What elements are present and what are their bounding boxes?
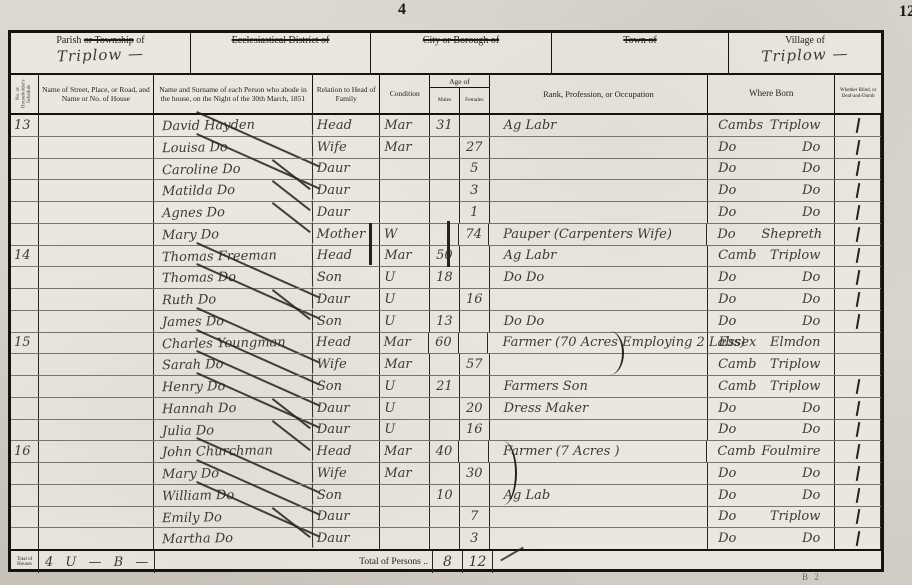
age-male: 31 [430,115,460,136]
age-female: 20 [460,398,490,419]
age-male: 10 [430,485,460,506]
total-houses-label: Total of Houses [11,551,39,573]
where-born-place: Do [802,162,820,175]
occupation: Farmer (7 Acres ) [489,441,707,462]
relation-to-head: Wife [313,354,381,375]
age-female: 3 [460,528,490,549]
street-cell [39,137,154,158]
parish-cell: Parish or Township of Triplow — [11,33,191,73]
where-born-place: Do [802,293,820,306]
street-cell [39,485,154,506]
schedule-number: 16 [11,441,39,462]
tally-tick-icon [855,466,860,481]
schedule-number [11,180,39,201]
schedule-number [11,528,39,549]
street-cell [39,246,154,267]
relation-to-head: Head [312,333,379,354]
where-born-place: Foulmire [761,445,820,458]
parish-handwritten-value: Triplow — [11,43,191,67]
relation-to-head: Son [313,311,381,332]
where-born-place: Do [802,206,820,219]
tally-tick-icon [855,118,860,133]
age-male [430,463,460,484]
table-row: Henry Do Son U 21 Farmers Son Camb Tripl… [11,376,881,398]
schedule-number [11,289,39,310]
age-male [430,137,460,158]
tally-tick-icon [855,205,860,220]
table-row: 14 Thomas Freeman Head Mar 50 Ag Labr Ca… [11,246,881,268]
tally-tick-icon [855,183,860,198]
table-body: 13 David Hayden Head Mar 31 Ag Labr Camb… [11,115,881,549]
ecclesiastical-district-cell: Ecclesiastical District of [191,33,371,73]
where-born-place: Triplow [770,380,820,393]
census-scan-page: { "page": { "top_number": "4", "corner_n… [0,0,912,585]
occupation [490,507,708,528]
table-row: James Do Son U 13 Do Do Do Do [11,311,881,333]
where-born-place: Shepreth [761,228,822,241]
blind-deaf-cell [835,224,881,245]
blind-deaf-cell [835,202,881,223]
occupation [490,289,708,310]
totals-row: Total of Houses 4 U — B — Total of Perso… [11,549,881,573]
page-number-top: 4 [398,1,406,19]
pen-stroke-icon [369,223,372,265]
where-born: Camb Triplow [708,246,835,267]
table-row: Martha Do Daur 3 Do Do [11,528,881,549]
tally-tick-icon [855,444,860,459]
table-row: William Do Son 10 Ag Lab Do Do [11,485,881,507]
where-born-place: Do [802,532,820,545]
person-name: Henry Do [154,375,313,399]
village-label: Village of [785,35,825,46]
occupation: Dress Maker [490,398,708,419]
age-male [430,420,460,441]
where-born-county: Cambs [718,119,763,132]
where-born-county: Do [718,141,762,154]
street-cell [39,354,154,375]
street-cell [39,289,154,310]
age-male [430,528,460,549]
table-row: Caroline Do Daur 5 Do Do [11,159,881,181]
age-female [460,485,490,506]
relation-to-head: Daur [313,289,381,310]
occupation [490,137,708,158]
col-header-schedule: No. of Householder's Schedule [11,75,39,113]
age-female [460,376,490,397]
blind-deaf-cell [835,354,881,375]
relation-to-head: Daur [313,528,381,549]
where-born-county: Do [718,162,762,175]
condition [380,485,430,506]
age-female: 16 [460,420,490,441]
age-male [430,224,460,245]
blind-deaf-cell [835,267,881,288]
table-row: Hannah Do Daur U 20 Dress Maker Do Do [11,398,881,420]
col-header-condition: Condition [380,75,430,113]
table-row: Matilda Do Daur 3 Do Do [11,180,881,202]
column-header-row: No. of Householder's Schedule Name of St… [11,75,881,115]
age-male [430,507,460,528]
where-born-county: Do [718,467,762,480]
tally-tick-icon [855,531,860,546]
where-born-county: Do [718,206,762,219]
where-born: Do Do [708,180,835,201]
parish-label-pre: Parish [56,35,84,46]
where-born-county: Camb [718,380,762,393]
person-name: Hannah Do [154,396,313,420]
where-born-place: Do [802,467,820,480]
blind-deaf-cell [835,441,881,462]
census-form: Parish or Township of Triplow — Ecclesia… [8,30,884,572]
town-label: Town of [623,35,656,46]
occupation: Do Do [490,311,708,332]
title-band: Parish or Township of Triplow — Ecclesia… [11,33,881,75]
where-born-place: Triplow [770,358,820,371]
relation-to-head: Son [313,376,381,397]
person-name: Emily Do [154,505,313,529]
street-cell [39,202,154,223]
where-born-county: Essex [718,336,762,349]
age-female: 16 [460,289,490,310]
street-cell [39,224,154,245]
relation-to-head: Wife [313,137,381,158]
blind-deaf-cell [835,159,881,180]
village-handwritten-value: Triplow — [729,43,882,66]
occupation [490,463,708,484]
tally-tick-icon [855,161,860,176]
where-born: Camb Triplow [708,376,835,397]
where-born-place: Triplow [770,249,820,262]
where-born-county: Do [718,402,762,415]
where-born-county: Do [718,532,762,545]
where-born: Do Triplow [708,507,835,528]
where-born-county: Do [718,423,762,436]
age-male [430,159,460,180]
where-born: Do Do [708,420,835,441]
where-born-county: Do [718,184,762,197]
street-cell [39,333,154,354]
tally-tick-icon [855,140,860,155]
age-male [430,180,460,201]
col-header-whether-blind: Whether Blind, or Deaf-and-Dumb [835,75,881,113]
tally-tick-icon [855,401,860,416]
tally-tick-icon [855,509,860,524]
where-born-county: Do [718,271,762,284]
occupation: Ag Labr [490,246,708,267]
age-female [459,441,489,462]
totals-row-blank [493,551,881,573]
town-cell: Town of [552,33,729,73]
col-header-street: Name of Street, Place, or Road, and Name… [39,75,154,113]
where-born-place: Do [802,141,820,154]
where-born-county: Do [717,228,761,241]
person-name: John Churchman [154,440,313,464]
pen-stroke-icon [596,331,624,375]
age-female: 27 [460,137,490,158]
relation-to-head: Son [313,267,381,288]
age-female [460,246,490,267]
age-female: 1 [460,202,490,223]
where-born-county: Do [718,293,762,306]
where-born: Do Do [708,485,835,506]
tally-tick-icon [855,488,860,503]
condition: U [380,376,430,397]
blind-deaf-cell [835,507,881,528]
relation-to-head: Daur [313,398,381,419]
age-female: 57 [460,354,490,375]
total-persons-label: Total of Persons .. [155,551,433,573]
blind-deaf-cell [835,398,881,419]
blind-deaf-cell [835,420,881,441]
relation-to-head: Daur [313,202,381,223]
blind-deaf-cell [835,311,881,332]
street-cell [39,267,154,288]
blind-deaf-cell [835,485,881,506]
page-number-corner: 12 [899,3,912,21]
street-cell [39,528,154,549]
where-born-place: Do [802,402,820,415]
printers-mark: B 2 [802,572,821,582]
condition: Mar [380,246,430,267]
schedule-number [11,485,39,506]
condition [380,202,430,223]
person-name: Sarah Do [154,353,313,377]
where-born-county: Camb [718,358,762,371]
schedule-number: 14 [11,246,39,267]
schedule-number [11,398,39,419]
where-born-place: Triplow [770,119,820,132]
occupation: Ag Labr [490,115,708,136]
blind-deaf-cell [835,528,881,549]
where-born-place: Do [802,271,820,284]
city-borough-label: City or Borough of [423,35,499,46]
condition: U [380,289,430,310]
schedule-number [11,267,39,288]
condition [380,159,430,180]
schedule-number [11,354,39,375]
schedule-number [11,224,39,245]
age-female [459,333,489,354]
condition: Mar [380,137,430,158]
condition: Mar [380,115,430,136]
condition [380,507,430,528]
person-name: Louisa Do [154,135,313,159]
street-cell [39,115,154,136]
street-cell [39,507,154,528]
tally-tick-icon [855,248,860,263]
age-male [430,398,460,419]
age-female [460,115,490,136]
age-female [460,311,490,332]
where-born: Do Do [708,202,835,223]
tally-tick-icon [855,379,860,394]
table-row: Mary Do Mother W 74 Pauper (Carpenters W… [11,224,881,246]
relation-to-head: Head [313,115,381,136]
person-name: James Do [154,309,313,333]
where-born: Do Do [708,528,835,549]
age-male: 13 [430,311,460,332]
age-female: 30 [460,463,490,484]
table-row: Mary Do Wife Mar 30 Do Do [11,463,881,485]
condition: Mar [380,354,430,375]
age-male [430,202,460,223]
schedule-number [11,463,39,484]
tally-tick-icon [855,270,860,285]
where-born: Camb Foulmire [707,441,835,462]
relation-to-head: Son [313,485,381,506]
tally-tick-icon [855,227,860,242]
schedule-number: 13 [11,115,39,136]
table-row: Sarah Do Wife Mar 57 Camb Triplow [11,354,881,376]
table-row: 13 David Hayden Head Mar 31 Ag Labr Camb… [11,115,881,137]
where-born: Do Do [708,463,835,484]
age-female: 3 [460,180,490,201]
relation-to-head: Daur [313,159,381,180]
where-born: Do Do [708,289,835,310]
person-name: Mary Do [154,222,313,246]
tally-tick-icon [855,314,860,329]
city-borough-cell: City or Borough of [371,33,552,73]
where-born-county: Camb [717,445,761,458]
condition: Mar [380,463,430,484]
condition: Mar [380,333,430,354]
age-of-label: Age of [430,75,489,88]
occupation: Pauper (Carpenters Wife) [489,224,707,245]
condition: U [380,267,430,288]
blind-deaf-cell [835,137,881,158]
person-name: Matilda Do [154,179,313,203]
table-row: Julia Do Daur U 16 Do Do [11,420,881,442]
relation-to-head: Head [313,441,380,462]
street-cell [39,159,154,180]
where-born-place: Do [802,184,820,197]
table-row: Louisa Do Wife Mar 27 Do Do [11,137,881,159]
person-name: Ruth Do [154,288,313,312]
age-females-label: Females [460,88,489,113]
blind-deaf-cell [835,246,881,267]
where-born: Do Do [708,311,835,332]
col-header-occupation: Rank, Profession, or Occupation [490,75,708,113]
person-name: William Do [154,483,313,507]
where-born-county: Do [718,510,762,523]
age-male: 21 [430,376,460,397]
schedule-number [11,159,39,180]
age-male: 60 [429,333,459,354]
blind-deaf-cell [835,115,881,136]
table-row: 16 John Churchman Head Mar 40 Farmer (7 … [11,441,881,463]
relation-to-head: Daur [313,507,381,528]
condition: U [380,311,430,332]
person-name: Thomas Do [154,266,313,290]
schedule-number: 15 [11,333,39,354]
person-name: Mary Do [154,462,313,486]
col-header-age: Age of Males Females [430,75,490,113]
blind-deaf-cell [835,180,881,201]
col-header-relation: Relation to Head of Family [313,75,381,113]
person-name: Charles Youngman [153,331,312,355]
schedule-number [11,311,39,332]
occupation: Do Do [490,267,708,288]
where-born-county: Camb [718,249,762,262]
condition [380,528,430,549]
person-name: Thomas Freeman [154,244,313,268]
schedule-number [11,202,39,223]
age-male: 18 [430,267,460,288]
age-male [430,289,460,310]
occupation [490,180,708,201]
where-born-place: Do [802,315,820,328]
total-persons-males: 8 [433,551,463,573]
where-born: Do Do [708,137,835,158]
schedule-number [11,420,39,441]
relation-to-head: Daur [313,180,381,201]
condition [380,180,430,201]
age-female [460,267,490,288]
age-male: 50 [430,246,460,267]
person-name: David Hayden [154,114,313,138]
where-born: Do Do [708,159,835,180]
street-cell [39,398,154,419]
condition: Mar [380,441,430,462]
table-row: Emily Do Daur 7 Do Triplow [11,507,881,529]
blind-deaf-cell [835,333,881,354]
total-houses-value: 4 U — B — [39,551,155,573]
table-row: Agnes Do Daur 1 Do Do [11,202,881,224]
where-born-place: Elmdon [770,336,821,349]
schedule-number [11,137,39,158]
occupation: Farmers Son [490,376,708,397]
occupation [490,202,708,223]
col-header-person: Name and Surname of each Person who abod… [154,75,313,113]
schedule-number [11,376,39,397]
ecclesiastical-district-label: Ecclesiastical District of [232,35,330,46]
where-born-county: Do [718,489,762,502]
age-male: 40 [430,441,460,462]
street-cell [39,463,154,484]
age-male [430,354,460,375]
where-born: Essex Elmdon [708,333,835,354]
blind-deaf-cell [835,463,881,484]
relation-to-head: Wife [313,463,381,484]
person-name: Agnes Do [154,201,313,225]
blind-deaf-cell [835,376,881,397]
where-born: Cambs Triplow [708,115,835,136]
relation-to-head: Daur [313,420,381,441]
occupation: Ag Lab [490,485,708,506]
street-cell [39,441,154,462]
condition: U [380,398,430,419]
pen-stroke-icon [500,547,524,562]
tally-tick-icon [855,422,860,437]
pen-stroke-icon [447,221,450,267]
condition: U [380,420,430,441]
where-born: Camb Triplow [708,354,835,375]
street-cell [39,180,154,201]
age-female: 5 [460,159,490,180]
person-name: Caroline Do [154,157,313,181]
person-name: Julia Do [154,418,313,442]
where-born: Do Do [708,398,835,419]
condition: W [380,224,430,245]
village-cell: Village of Triplow — [729,33,881,73]
where-born-place: Triplow [770,510,820,523]
where-born: Do Shepreth [707,224,835,245]
blind-deaf-cell [835,289,881,310]
pen-stroke-icon [489,441,517,505]
tally-tick-icon [855,292,860,307]
table-row: Ruth Do Daur U 16 Do Do [11,289,881,311]
table-row: Thomas Do Son U 18 Do Do Do Do [11,267,881,289]
